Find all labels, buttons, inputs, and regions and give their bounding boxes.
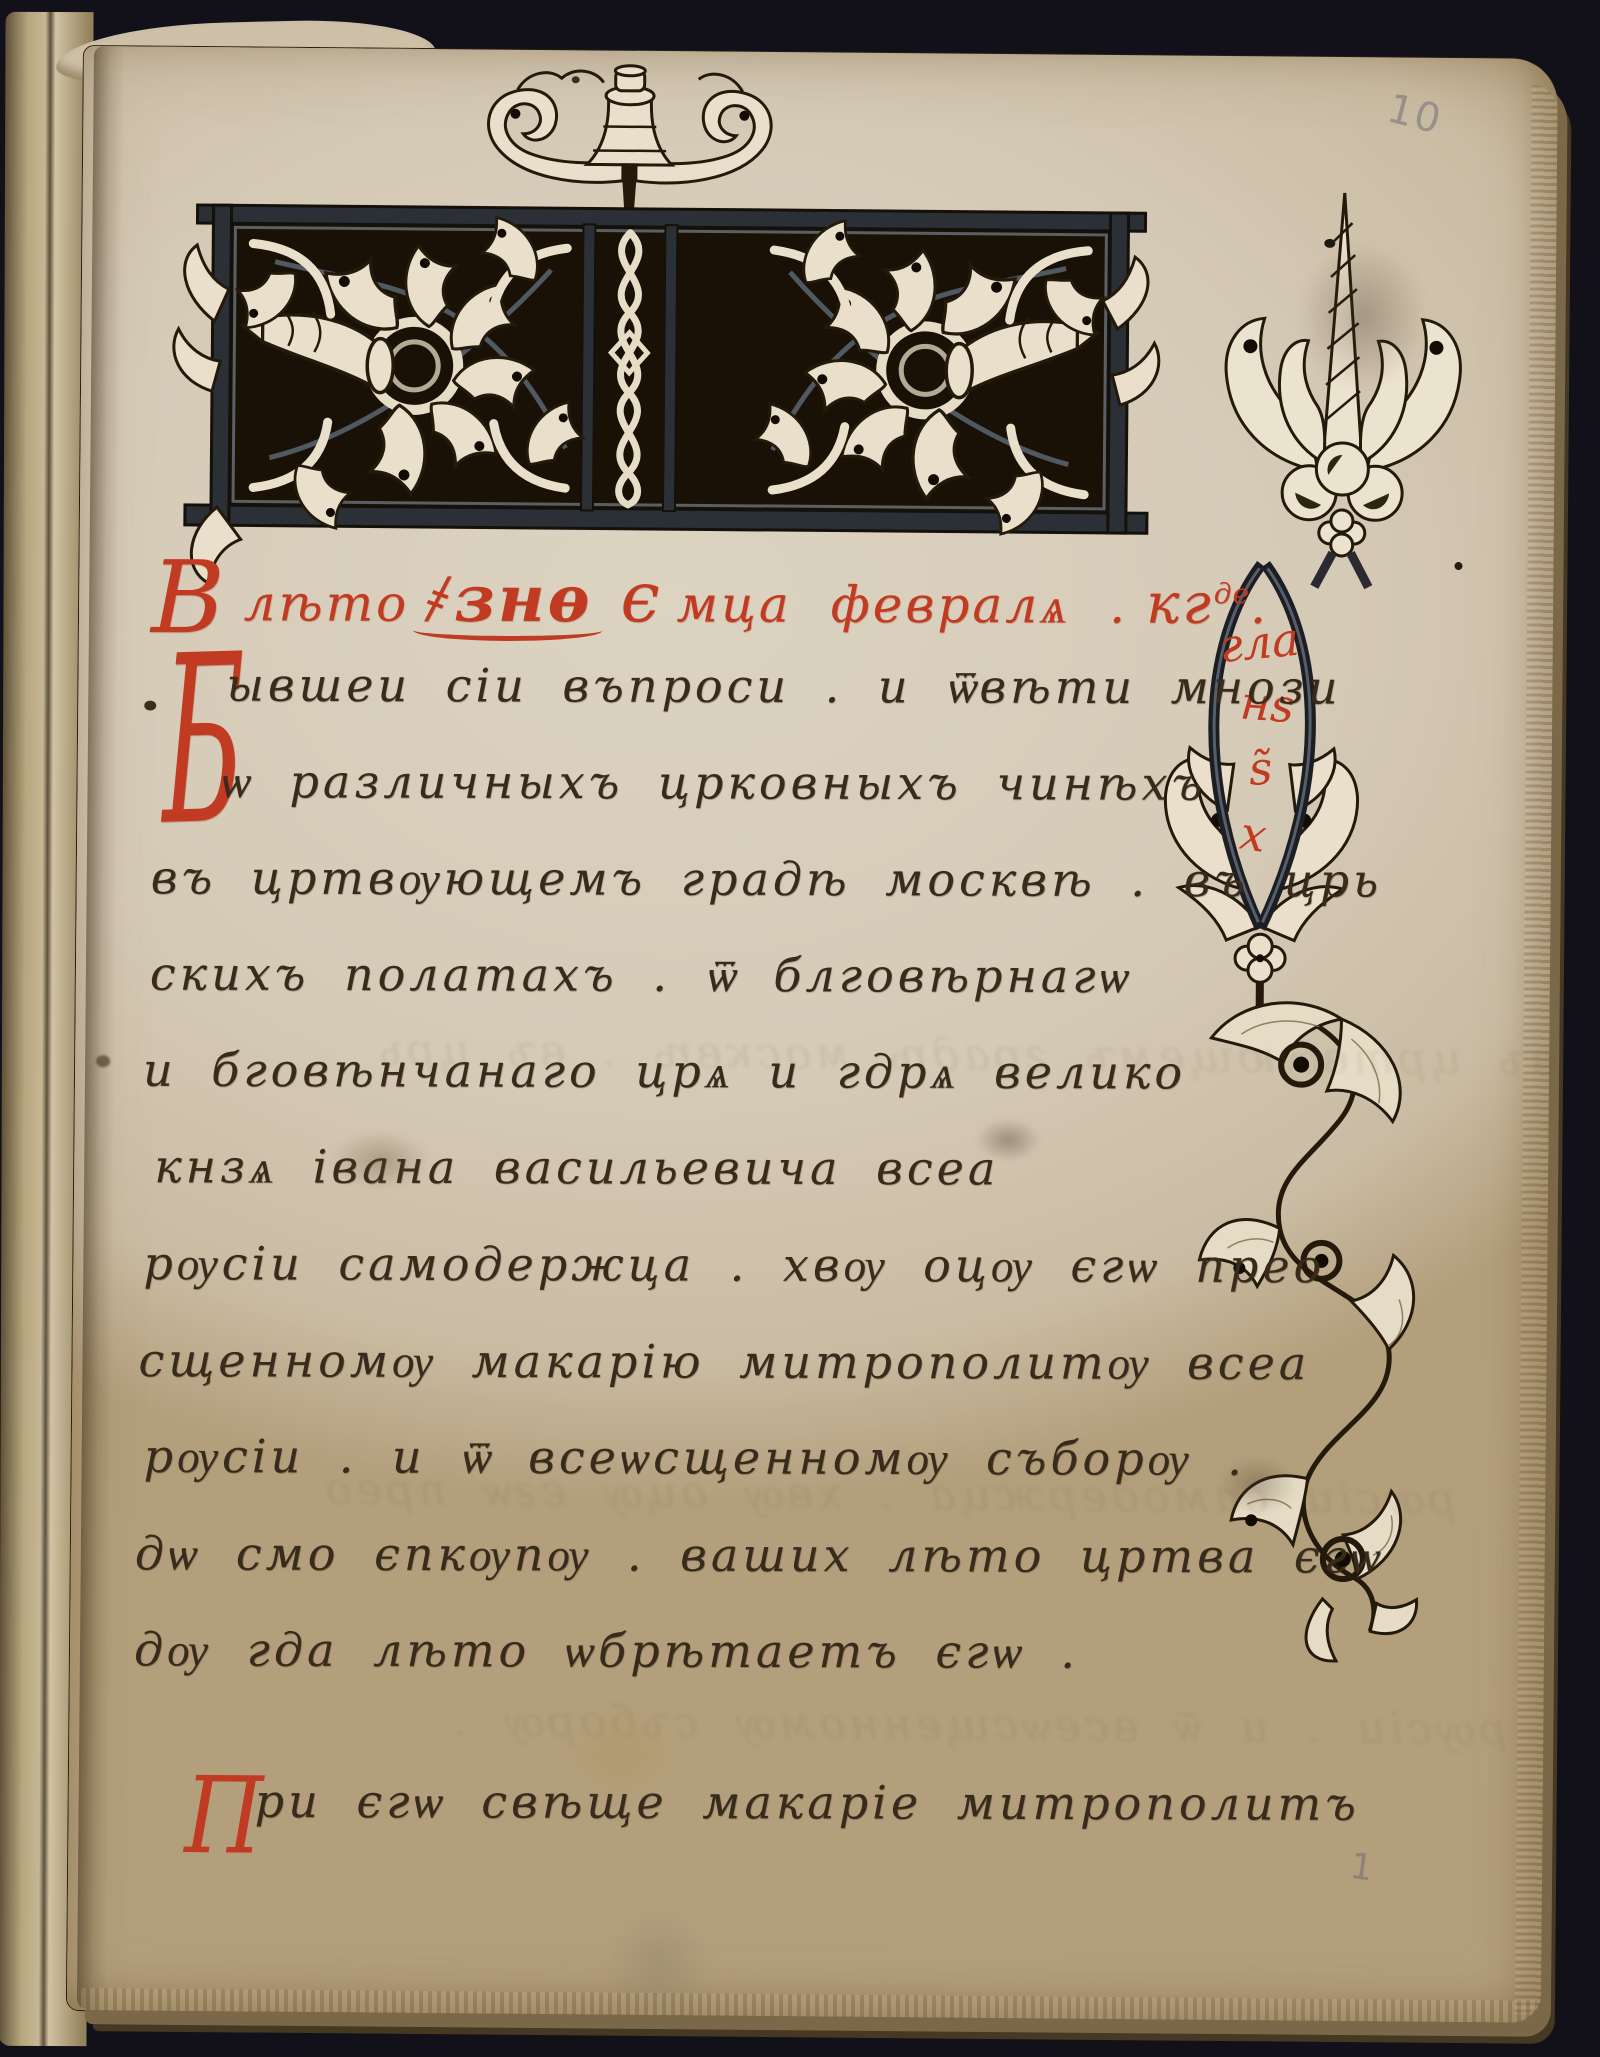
headpiece-ornament (211, 201, 1129, 539)
paragraph-initial: П (184, 1763, 264, 1870)
folio-number-pencil: 10 (1383, 85, 1448, 143)
text-line: ывшеи сіи въпроси . и ѿвѣти мнози (226, 660, 1341, 714)
text-line: ѡ различныхъ црковныхъ чинѣхъ (222, 756, 1207, 809)
verso-bleedthrough: рѹсіи . и ѿ всеѡсщенномѹ съборѹ . (449, 1699, 1507, 1752)
text-line: рѹсіи . и ѿ всеѡсщенномѹ съборѹ . (144, 1431, 1246, 1484)
heading-word: лѣто (244, 574, 410, 632)
text-line: рѹсіи самодержца . хвѹ оцѹ єгѡ прео (143, 1238, 1325, 1292)
photograph-background: гла нѕ ѕ̃ х (0, 0, 1600, 2057)
ink-speck (144, 701, 156, 711)
manuscript-page: гла нѕ ѕ̃ х (67, 46, 1558, 2023)
text-line: ри єгѡ свѣще макаріе митрополитъ (255, 1776, 1360, 1829)
heading-day: кг (1146, 572, 1214, 637)
heading-word: є (620, 556, 662, 638)
text-line: кнзѧ івана васильевича всеа (154, 1141, 999, 1194)
chapter-letter: ѕ̃ (1247, 741, 1274, 796)
rubric-heading: Влѣто҂знѳємца февралѧ .кгде. (151, 558, 1269, 638)
text-line: въ цртвѹющемъ градѣ москвѣ . въ црь (151, 852, 1383, 906)
text-line: дѡ смо єпкѹпѹ . ваших лѣто цртва єгѡ (135, 1528, 1384, 1582)
heading-year: ҂знѳ (423, 562, 592, 637)
heading-word: мца февралѧ . (677, 575, 1129, 634)
bottom-pencil-mark: 1 (1347, 1846, 1376, 1890)
text-line: сщенномѹ макарію митрополитѹ всеа (138, 1335, 1310, 1389)
text-line: и бговѣнчанаго црѧ и гдрѧ велико (143, 1045, 1186, 1098)
heading-day-superscript: де (1214, 577, 1250, 610)
stain (603, 1905, 714, 2026)
crest-ornament-icon (457, 61, 803, 216)
gutter-crease (77, 46, 124, 2010)
ink-speck (96, 1055, 110, 1067)
heading-word: . (1250, 577, 1269, 635)
text-line: дѹ гда лѣто ѡбрѣтаетъ єгѡ . (134, 1624, 1079, 1677)
text-line: скихъ полатахъ . ѿ блговѣрнагѡ (150, 949, 1133, 1002)
